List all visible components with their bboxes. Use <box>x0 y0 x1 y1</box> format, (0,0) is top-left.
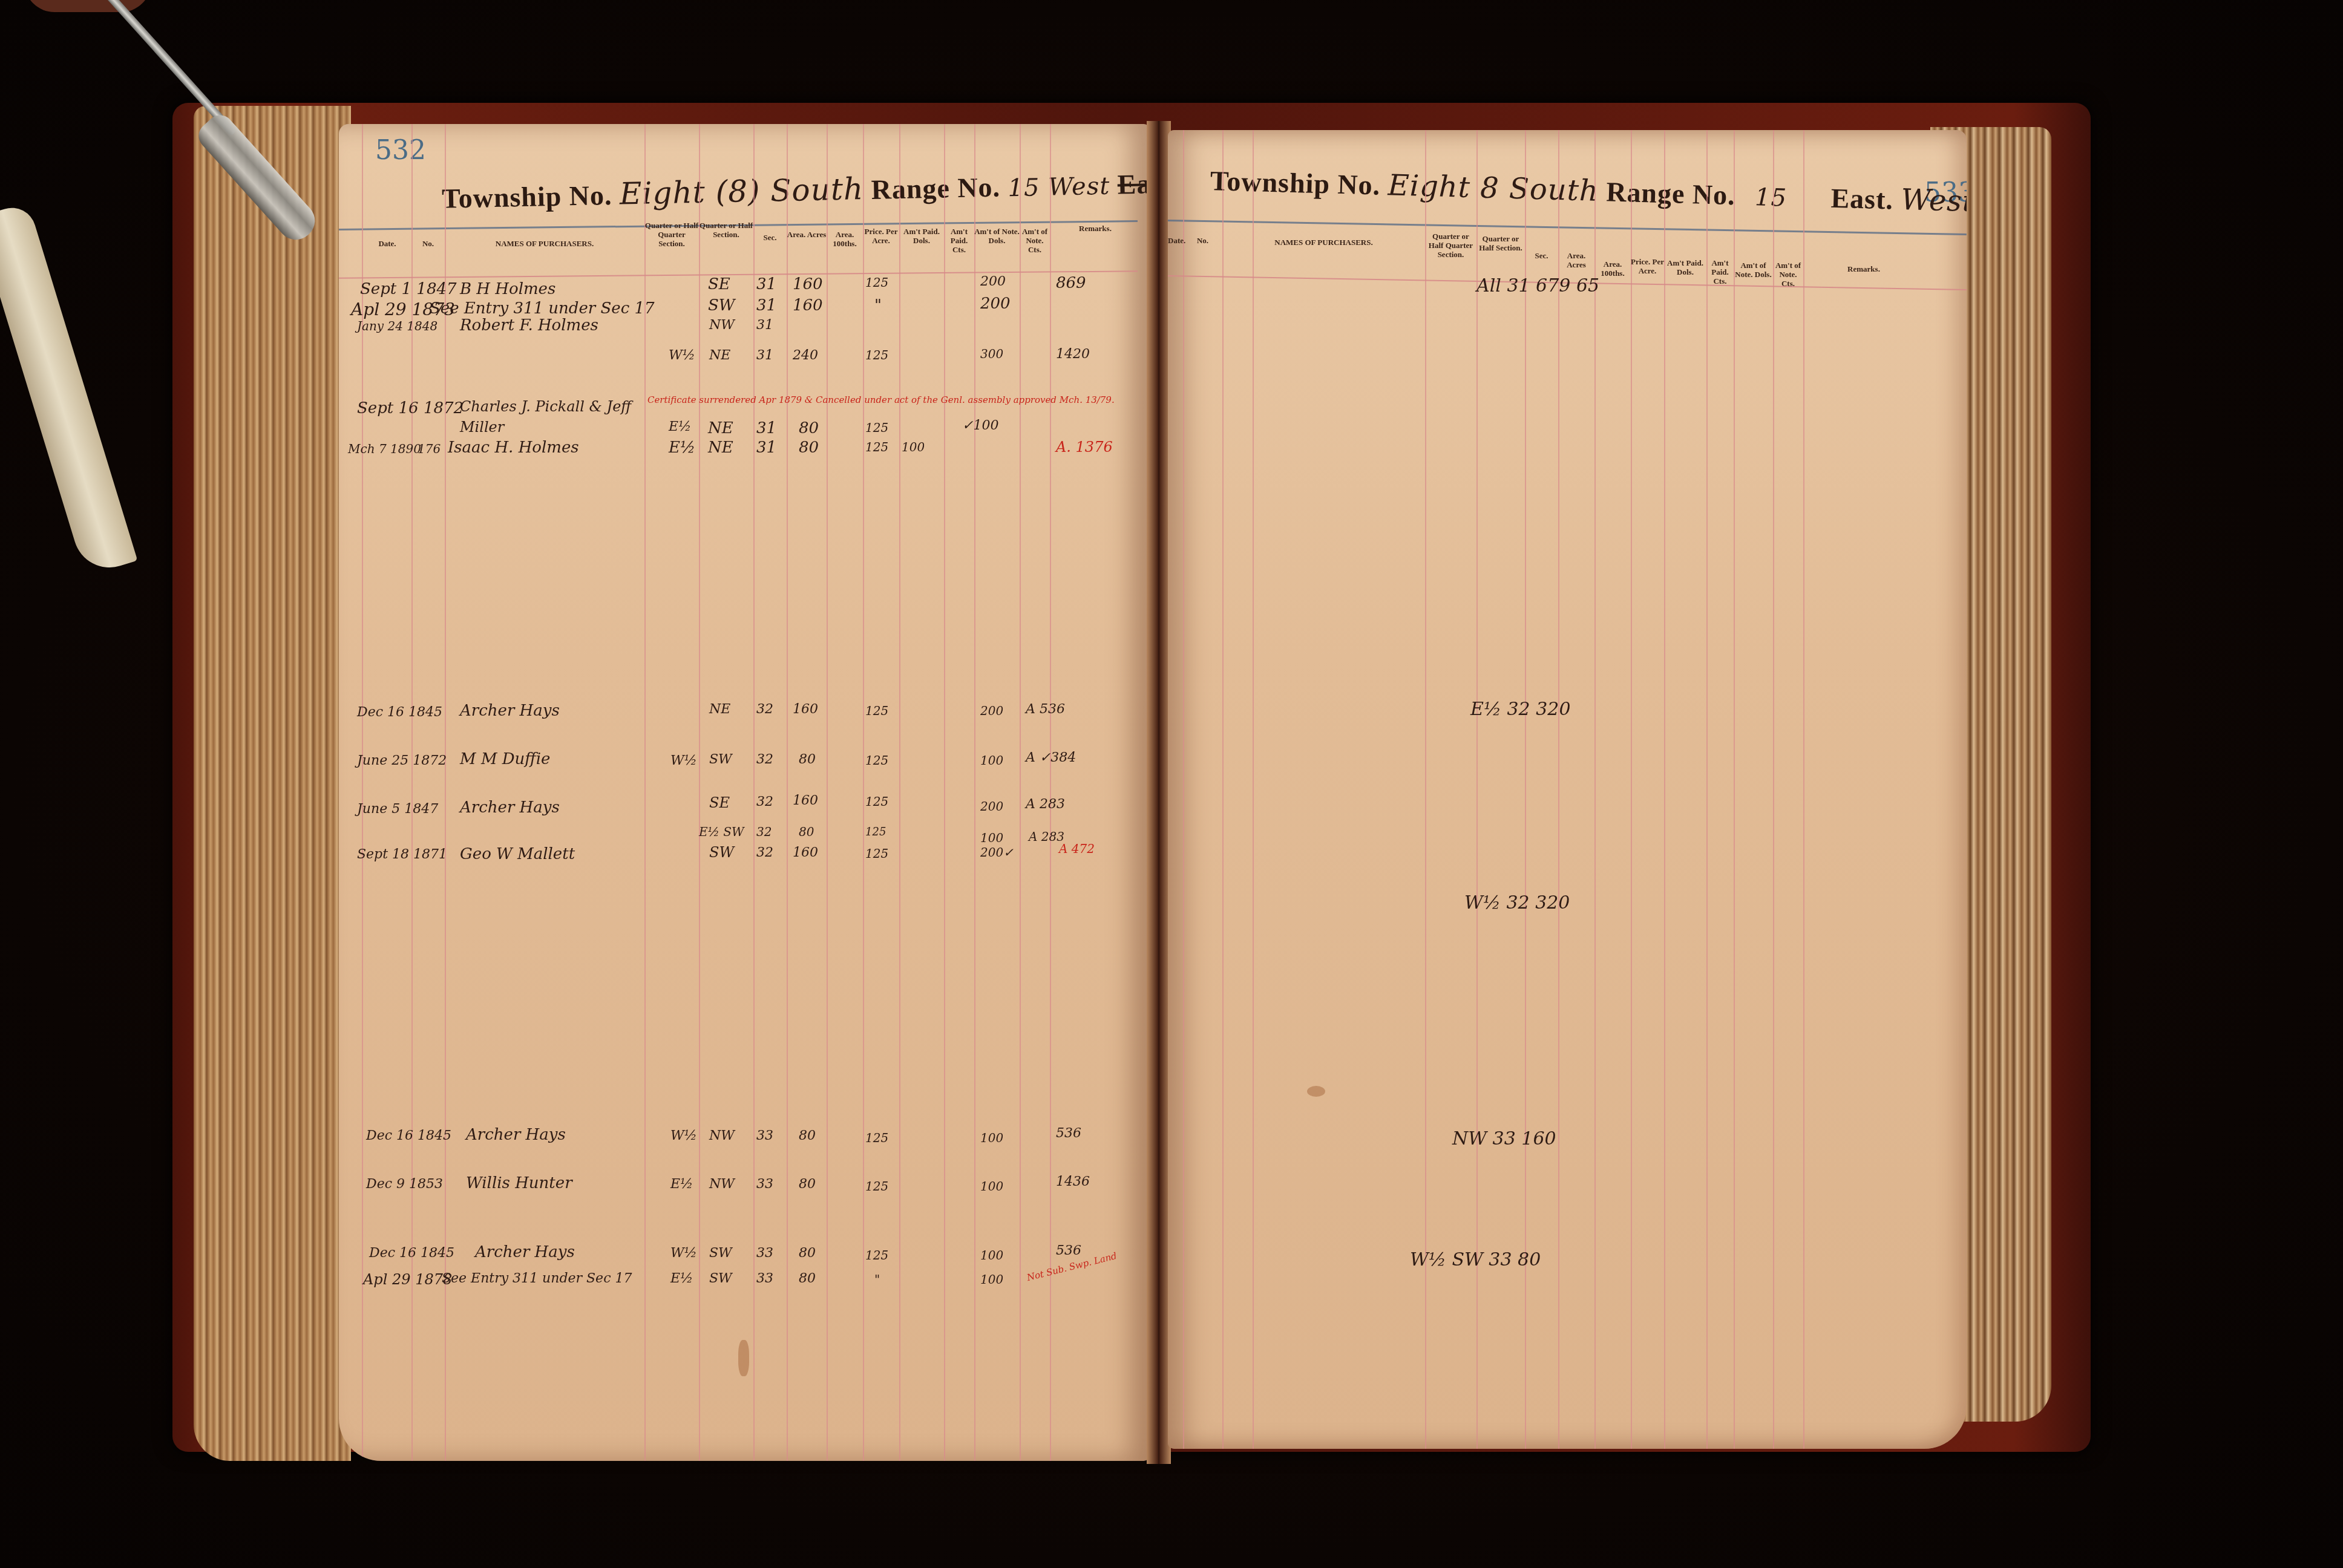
entry-no: 176 <box>418 442 441 456</box>
header-rule <box>1168 220 1967 235</box>
right-page: 533 Township No. Eight 8 South Range No.… <box>1168 130 1967 1449</box>
col-acres: Area. Acres <box>787 230 827 239</box>
entry-price: 125 <box>865 704 888 718</box>
entry-sec: 31 <box>756 318 773 333</box>
col-remarks: Remarks. <box>1050 224 1141 233</box>
entry-name: M M Duffie <box>460 750 551 768</box>
entry-sec: 32 <box>756 752 773 767</box>
rule <box>1706 130 1708 1449</box>
rule <box>1253 130 1254 1449</box>
entry-date: June 25 1872 <box>357 753 447 768</box>
rule <box>1222 130 1224 1449</box>
entry-note: 100 <box>980 1272 1003 1287</box>
entry-date: Apl 29 1878 <box>363 1271 452 1288</box>
entry-name: Willis Hunter <box>466 1174 572 1192</box>
entry-red-cancellation-note: Certificate surrendered Apr 1879 & Cance… <box>647 394 1144 406</box>
entry-acres: 160 <box>793 702 818 717</box>
rule <box>1734 130 1735 1449</box>
entry-qh: NE <box>709 348 730 363</box>
header-bottom-rule <box>339 270 1138 279</box>
col-sec: Sec. <box>1525 251 1558 260</box>
col-100ths: Area. 100ths. <box>1594 260 1631 278</box>
entry-sec: 32 <box>756 845 773 860</box>
entry-sec: 33 <box>756 1128 773 1143</box>
ink-stain <box>738 1340 749 1376</box>
entry-note: 200 <box>980 274 1006 289</box>
entry-remarks: 1420 <box>1056 347 1090 362</box>
rule <box>787 124 788 1461</box>
direction-handwritten: West <box>1901 183 1967 218</box>
left-page-edges <box>194 106 351 1461</box>
entry-qhq: W½ <box>670 753 697 768</box>
entry-qh: SW <box>709 844 734 861</box>
entry-qh: E½ SW <box>699 825 744 839</box>
col-note-cts: Am't of Note. Cts. <box>1020 227 1050 254</box>
book-gutter <box>1147 121 1171 1464</box>
entry-name: Robert F. Holmes <box>460 316 598 335</box>
entry-note: 100 <box>980 1248 1003 1263</box>
col-qh: Quarter or Half Section. <box>1476 234 1525 252</box>
left-page-number: 532 <box>375 135 426 166</box>
entry-price: 125 <box>865 1131 888 1145</box>
entry-acres: 80 <box>799 1128 816 1143</box>
entry-name: Archer Hays <box>475 1243 575 1261</box>
right-entry: W½ SW 33 80 <box>1410 1249 1541 1270</box>
entry-note: 100 <box>980 1179 1003 1194</box>
range-handwritten: 15 <box>1755 183 1788 212</box>
entry-qh: NE <box>708 419 733 437</box>
entry-qhq: W½ <box>669 348 695 363</box>
entry-sec: 31 <box>756 296 776 315</box>
entry-price: 125 <box>865 275 888 290</box>
entry-qhq: E½ <box>669 419 691 434</box>
entry-price: 125 <box>865 826 886 838</box>
entry-sec: 33 <box>756 1177 773 1192</box>
entry-remarks: A 283 <box>1026 797 1065 812</box>
entry-remarks: 536 <box>1056 1243 1081 1258</box>
rule <box>699 124 700 1461</box>
entry-acres: 80 <box>799 439 819 457</box>
rule <box>1631 130 1632 1449</box>
stain <box>1307 1086 1325 1097</box>
entry-qhq: E½ <box>670 1177 693 1192</box>
entry-name: Archer Hays <box>466 1126 566 1144</box>
col-sec: Sec. <box>753 233 787 242</box>
col-remarks: Remarks. <box>1803 264 1924 273</box>
rule <box>753 124 755 1461</box>
entry-qh: SW <box>708 296 735 315</box>
rule <box>644 124 646 1461</box>
entry-note: ✓100 <box>962 418 998 433</box>
entry-acres: 160 <box>793 275 823 293</box>
entry-acres: 80 <box>799 1271 816 1286</box>
entry-qh: NW <box>709 1128 735 1143</box>
entry-price: " <box>874 1272 880 1287</box>
entry-date: Dec 9 1853 <box>366 1177 443 1192</box>
entry-price: 125 <box>865 420 888 435</box>
entry-acres: 80 <box>799 1246 816 1261</box>
col-note-dols: Am't of Note. Dols. <box>974 227 1020 245</box>
entry-name: Isaac H. Holmes <box>448 439 579 457</box>
entry-note: 300 <box>980 347 1003 361</box>
col-100ths: Area. 100ths. <box>827 230 863 248</box>
entry-date: Jany 24 1848 <box>357 319 437 333</box>
entry-sec: 33 <box>756 1271 773 1286</box>
range-handwritten: 15 West <box>1008 172 1110 203</box>
rule <box>1803 130 1804 1449</box>
col-names: NAMES OF PURCHASERS. <box>1222 238 1425 247</box>
entry-qhq: E½ <box>669 439 695 457</box>
col-qhq: Quarter or Half Quarter Section. <box>644 221 699 248</box>
entry-sec: 33 <box>756 1246 773 1261</box>
entry-date: June 5 1847 <box>357 802 438 817</box>
entry-price: 125 <box>865 1248 888 1263</box>
entry-name: Archer Hays <box>460 702 560 720</box>
entry-name: See Entry 311 under Sec 17 <box>442 1271 632 1286</box>
rule <box>1773 130 1774 1449</box>
entry-acres: 160 <box>793 793 818 808</box>
entry-price: 125 <box>865 794 888 809</box>
col-paid-dols: Am't Paid. Dols. <box>1664 258 1706 276</box>
rule <box>827 124 828 1461</box>
entry-qh: SW <box>709 752 732 767</box>
col-qh: Quarter or Half Section. <box>699 221 753 239</box>
rule <box>1594 130 1596 1449</box>
rule <box>899 124 900 1461</box>
entry-sec: 32 <box>756 794 773 809</box>
entry-price: 125 <box>865 440 888 454</box>
entry-name: Geo W Mallett <box>460 845 575 863</box>
entry-sec: 31 <box>756 439 776 457</box>
entry-remarks: A. 1376 <box>1056 439 1113 456</box>
entry-name: See Entry 311 under Sec 17 <box>430 299 655 318</box>
left-page-title: Township No. Eight (8) South Range No. 1… <box>442 165 1150 215</box>
entry-date: Dec 16 1845 <box>366 1128 451 1143</box>
col-note-cts: Am't of Note. Cts. <box>1773 261 1803 288</box>
col-paid-cts: Am't Paid. Cts. <box>1706 258 1734 286</box>
col-qhq: Quarter or Half Quarter Section. <box>1425 232 1476 259</box>
entry-remarks: 869 <box>1056 274 1086 292</box>
entry-name: B H Holmes <box>460 280 555 298</box>
entry-sec: 31 <box>756 419 776 437</box>
east-struck: East. <box>1117 168 1150 200</box>
entry-acres: 240 <box>793 348 818 363</box>
left-page: 532 Township No. Eight (8) South Range N… <box>339 124 1150 1461</box>
entry-acres: 80 <box>799 1177 816 1192</box>
col-names: NAMES OF PURCHASERS. <box>445 239 644 248</box>
entry-qh: NE <box>708 439 733 457</box>
col-note-dols: Am't of Note. Dols. <box>1734 261 1773 279</box>
entry-note: 200 <box>980 295 1011 313</box>
col-date: Date. <box>1168 236 1183 245</box>
col-price: Price. Per Acre. <box>1631 257 1664 275</box>
rule <box>974 124 975 1461</box>
right-entry: NW 33 160 <box>1452 1128 1556 1149</box>
entry-price: 125 <box>865 348 888 362</box>
entry-acres: 80 <box>799 752 816 767</box>
entry-remarks: A 472 <box>1059 841 1095 856</box>
entry-date: Sept 18 1871 <box>357 847 447 862</box>
entry-sec: 31 <box>756 348 773 363</box>
entry-name: Archer Hays <box>460 799 560 817</box>
entry-qh: NW <box>709 1177 735 1192</box>
entry-price: " <box>874 296 882 315</box>
rule <box>1558 130 1559 1449</box>
entry-remarks: 1436 <box>1056 1174 1090 1189</box>
entry-qhq: E½ <box>670 1271 693 1286</box>
entry-remarks: A 536 <box>1026 702 1065 717</box>
entry-name: Charles J. Pickall & Jeff Miller <box>460 396 641 437</box>
entry-date: Sept 1 1847 <box>360 280 457 298</box>
entry-note: 100 <box>980 753 1003 768</box>
rule <box>1050 124 1051 1461</box>
entry-qh: SW <box>709 1246 732 1261</box>
entry-sec: 31 <box>756 275 776 293</box>
rule <box>1664 130 1665 1449</box>
right-page-title: Township No. Eight 8 South Range No. 15 … <box>1210 163 1967 218</box>
entry-note: 100 <box>980 831 1003 845</box>
entry-remarks: A ✓384 <box>1026 750 1076 765</box>
entry-qh: SE <box>708 275 730 293</box>
entry-note: 100 <box>980 1131 1003 1145</box>
rule <box>863 124 864 1461</box>
rule <box>944 124 945 1461</box>
entry-paid: 100 <box>902 440 925 454</box>
entry-qhq: W½ <box>670 1246 697 1261</box>
township-handwritten: Eight 8 South <box>1388 168 1599 208</box>
entry-acres: 160 <box>793 296 823 315</box>
entry-acres: 80 <box>799 419 819 437</box>
col-no: No. <box>1183 236 1222 245</box>
entry-qh: SE <box>709 794 730 811</box>
entry-price: 125 <box>865 753 888 768</box>
entry-note: 200✓ <box>980 845 1014 860</box>
col-acres: Area. Acres <box>1558 251 1594 269</box>
entry-qhq: W½ <box>670 1128 697 1143</box>
entry-sec: 32 <box>756 825 772 839</box>
entry-acres: 80 <box>799 825 814 839</box>
rule <box>1020 124 1021 1461</box>
col-no: No. <box>411 239 445 248</box>
entry-remarks: 536 <box>1056 1126 1081 1141</box>
entry-qh: SW <box>709 1271 732 1286</box>
entry-date: Sept 16 1872 <box>357 399 464 417</box>
right-entry: W½ 32 320 <box>1464 892 1570 913</box>
rule <box>1183 130 1184 1449</box>
right-entry: E½ 32 320 <box>1470 699 1570 720</box>
entry-price: 125 <box>865 846 888 861</box>
entry-price: 125 <box>865 1179 888 1194</box>
col-paid-dols: Am't Paid. Dols. <box>899 227 944 245</box>
entry-qh: NE <box>709 702 730 717</box>
entry-date: Dec 16 1845 <box>369 1246 454 1261</box>
entry-qh: NW <box>709 318 735 333</box>
col-date: Date. <box>363 239 411 248</box>
col-price: Price. Per Acre. <box>863 227 899 245</box>
entry-note: 200 <box>980 799 1003 814</box>
entry-acres: 160 <box>793 845 818 860</box>
entry-date: Dec 16 1845 <box>357 705 442 720</box>
entry-sec: 32 <box>756 702 773 717</box>
col-paid-cts: Am't Paid. Cts. <box>944 227 974 254</box>
entry-date: Mch 7 1890 <box>348 442 421 456</box>
right-entry: All 31 679 65 <box>1476 275 1599 296</box>
entry-note: 200 <box>980 704 1003 718</box>
